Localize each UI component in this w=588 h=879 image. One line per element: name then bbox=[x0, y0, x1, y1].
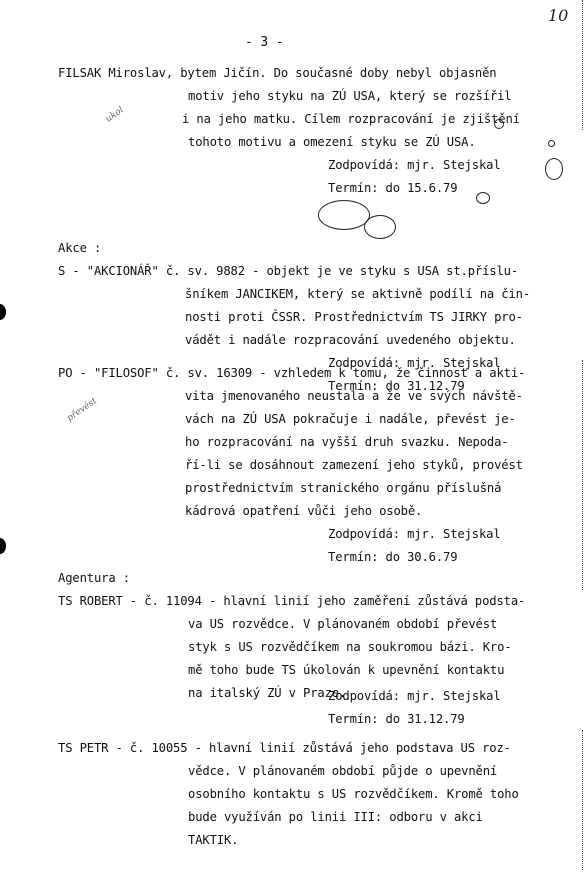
responsible: Zodpovídá: mjr. Stejskal bbox=[328, 159, 501, 171]
intro-line: FILSAK Miroslav, bytem Jičín. Do současn… bbox=[58, 67, 496, 79]
akce-item-line: šníkem JANCIKEM, který se aktivně podílí… bbox=[185, 288, 530, 300]
agentura-item-line: TS ROBERT - č. 11094 - hlavní linií jeho… bbox=[58, 595, 525, 607]
ink-blot-icon bbox=[318, 200, 370, 230]
agentura-item-line: bude využíván po linii III: odboru v akc… bbox=[188, 811, 483, 823]
agentura-item-line: TAKTIK. bbox=[188, 834, 238, 846]
section-heading-agentura: Agentura : bbox=[58, 572, 130, 584]
deadline: Termín: do 31.12.79 bbox=[328, 713, 465, 725]
handwritten-page-number: 10 bbox=[548, 6, 568, 25]
akce-item-line: vách na ZÚ USA pokračuje i nadále, převé… bbox=[185, 413, 516, 425]
akce-item-line: kádrová opatření vůči jeho osobě. bbox=[185, 505, 422, 517]
akce-item-line: nosti proti ČSSR. Prostřednictvím TS JIR… bbox=[185, 311, 523, 323]
akce-item-line: ho rozpracování na vyšší druh svazku. Ne… bbox=[185, 436, 508, 448]
akce-item-line: PO - "FILOSOF" č. sv. 16309 - vzhledem k… bbox=[58, 367, 525, 379]
akce-item-line: S - "AKCIONÁŘ" č. sv. 9882 - objekt je v… bbox=[58, 265, 518, 277]
page-edge-mark bbox=[582, 730, 583, 870]
intro-line: i na jeho matku. Cílem rozpracování je z… bbox=[182, 113, 520, 125]
document-page: ukol převést 10 - 3 - FILSAK Miroslav, b… bbox=[0, 0, 588, 879]
agentura-item-line: mě toho bude TS úkolován k upevnění kont… bbox=[188, 664, 504, 676]
ink-blot-icon bbox=[548, 140, 555, 147]
margin-annotation: ukol bbox=[104, 105, 126, 124]
akce-item-line: prostřednictvím stranického orgánu přísl… bbox=[185, 482, 501, 494]
deadline: Termín: do 15.6.79 bbox=[328, 182, 457, 194]
responsible: Zodpovídá: mjr. Stejskal bbox=[328, 528, 501, 540]
page-label: - 3 - bbox=[245, 36, 283, 49]
agentura-item-line: na italský ZÚ v Praze. bbox=[188, 687, 346, 699]
agentura-item-line: styk s US rozvědčíkem na soukromou bázi.… bbox=[188, 641, 511, 653]
akce-item-line: vádět i nadále rozpracování uvedeného ob… bbox=[185, 334, 516, 346]
agentura-item-line: osobního kontaktu s US rozvědčíkem. Krom… bbox=[188, 788, 519, 800]
akce-item-line: vita jmenovaného neustala a že ve svých … bbox=[185, 390, 523, 402]
ink-blot-icon bbox=[476, 192, 490, 204]
punch-hole-icon bbox=[0, 538, 6, 554]
ink-blot-icon bbox=[364, 215, 396, 239]
intro-line: tohoto motivu a omezení styku se ZÚ USA. bbox=[188, 136, 476, 148]
deadline: Termín: do 30.6.79 bbox=[328, 551, 457, 563]
page-edge-mark bbox=[582, 0, 583, 130]
intro-line: motiv jeho styku na ZÚ USA, který se roz… bbox=[188, 90, 511, 102]
punch-hole-icon bbox=[0, 304, 6, 320]
page-edge-mark bbox=[582, 360, 583, 590]
section-heading-akce: Akce : bbox=[58, 242, 101, 254]
akce-item-line: ří-li se dosáhnout zamezení jeho styků, … bbox=[185, 459, 523, 471]
agentura-item-line: vědce. V plánovaném období půjde o upevn… bbox=[188, 765, 497, 777]
agentura-item-line: TS PETR - č. 10055 - hlavní linií zůstáv… bbox=[58, 742, 511, 754]
margin-annotation: převést bbox=[65, 396, 99, 424]
responsible: Zodpovídá: mjr. Stejskal bbox=[328, 690, 501, 702]
agentura-item-line: va US rozvědce. V plánovaném období přev… bbox=[188, 618, 497, 630]
ink-blot-icon bbox=[545, 158, 563, 180]
